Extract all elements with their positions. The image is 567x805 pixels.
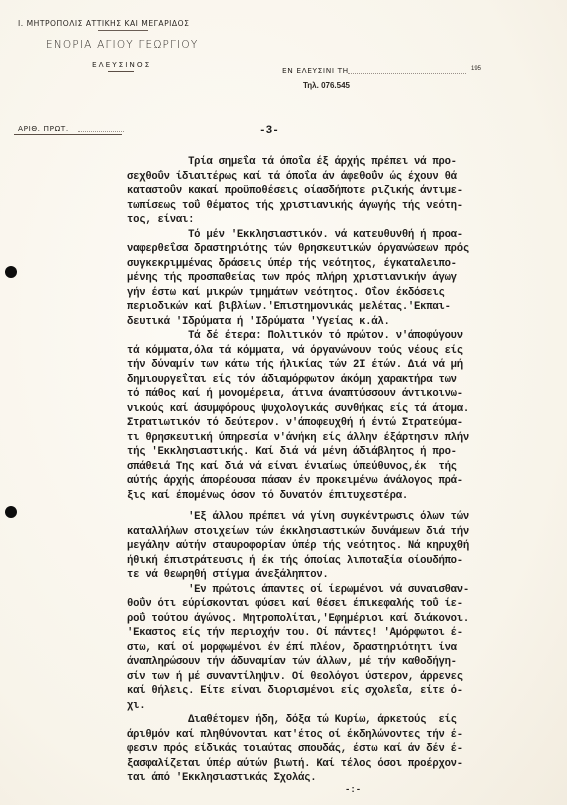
paragraph: Τρία σημεΐα τά όποΐα έξ άρχής πρέπει νά … xyxy=(127,155,557,228)
text-line: μένης τής προσπαθείας των πρός πλήρη χρι… xyxy=(127,271,557,286)
paragraph: Τό μέν 'Εκκλησιαστικόν. νά κατευθυνθή ή … xyxy=(127,228,557,330)
letterhead-town-rule xyxy=(108,71,134,72)
text-line: τε νά θεωρηθή στίγμα άνεξάληπτον. xyxy=(127,568,557,583)
text-line: Στρατιωτικόν τό δεύτερον. ν'άποφευχθή ή … xyxy=(127,416,557,431)
text-line: τής 'Εκκλησιαστικής. Καί διά νά μένη άδι… xyxy=(127,445,557,460)
text-line: αύτής άρχής άπορέουσα πάσαν έν προκειμέν… xyxy=(127,474,557,489)
paragraph: 'Εν πρώτοις άπαντες οί ίερωμένοι νά συνα… xyxy=(127,583,557,714)
text-line: φεσιν πρός είδικάς τοιαύτας σπουδάς, έστ… xyxy=(127,742,557,757)
paragraph-gap xyxy=(127,503,557,510)
letterhead-underline xyxy=(98,30,148,31)
letterhead-metropolis: Ι. ΜΗΤΡΟΠΟΛΙΣ ΑΤΤΙΚΗΣ ΚΑΙ ΜΕΓΑΡΙΔΟΣ xyxy=(18,19,189,28)
text-line: άναπληρώσουν τήν άδυναμίαν τών άλλων, μέ… xyxy=(127,655,557,670)
text-line: ξις καί έπομένως όσον τό δυνατόν έπιτυχε… xyxy=(127,489,557,504)
text-line: χι. xyxy=(127,699,557,714)
text-line: σπάθειά Της καί διά νά είναι ένιαίως ύπε… xyxy=(127,460,557,475)
text-line: γήν έστω καί μικρών τμημάτων νεότητος. Ο… xyxy=(127,286,557,301)
date-blank-line xyxy=(348,73,466,74)
paragraph: Διαθέτομεν ήδη, δόξα τώ Κυρίω, άρκετούς … xyxy=(127,713,557,786)
protocol-number-label: ΑΡΙΘ. ΠΡΩΤ. xyxy=(18,124,69,133)
text-line: θοΰν ότι εύρίσκονται φύσει καί θέσει έπι… xyxy=(127,597,557,612)
text-line: τά κόμματα,όλα τά κόμματα, νά όργανώνουν… xyxy=(127,344,557,359)
text-line: 'Εκαστος είς τήν περιοχήν του. Οί πάντες… xyxy=(127,626,557,641)
text-line: καταλλήλων στοιχείων τών έκκλησιαστικών … xyxy=(127,525,557,540)
text-line: 'Εν πρώτοις άπαντες οί ίερωμένοι νά συνα… xyxy=(127,583,557,598)
protocol-underline xyxy=(14,134,122,135)
text-line: ται άπό 'Εκκλησιαστικάς Σχολάς. xyxy=(127,771,557,786)
text-line: δημιουργεΐται είς τόν άδιαμόρφωτον άκόμη… xyxy=(127,373,557,388)
text-line: τι θρησκευτική ύπηρεσία ν'άνήκη είς άλλη… xyxy=(127,431,557,446)
text-line: τό πάθος καί ή μονομέρεια, άτινα άναπτύσ… xyxy=(127,387,557,402)
text-line: καταστοΰν κακαί προϋποθέσεις οίασδήποτε … xyxy=(127,184,557,199)
punch-hole-top xyxy=(5,266,17,278)
text-line: ναφερθεΐσα δραστηριότης τών θρησκευτικών… xyxy=(127,242,557,257)
footer-mark: -:- xyxy=(345,785,361,795)
document-page: Ι. ΜΗΤΡΟΠΟΛΙΣ ΑΤΤΙΚΗΣ ΚΑΙ ΜΕΓΑΡΙΔΟΣ ΕΝΟΡ… xyxy=(0,0,567,805)
text-line: ροΰ τούτου άγώνος. Μητροπολίται,'Εφημέρι… xyxy=(127,612,557,627)
text-line: σίν των ή μέ συναντίληψιν. Οί θεολόγοι ύ… xyxy=(127,670,557,685)
text-line: σεχθοΰν ίδιαιτέρως καί τά όποΐα άν άφεθο… xyxy=(127,170,557,185)
punch-hole-bottom xyxy=(5,506,17,518)
paragraph: 'Εξ άλλου πρέπει νά γίνη συγκέντρωσις όλ… xyxy=(127,503,557,583)
text-line: ήθική έπιστράτευσις ή έκ τής όποίας λιπο… xyxy=(127,554,557,569)
phone-number: Τηλ. 076.545 xyxy=(303,81,350,90)
text-line: Τό μέν 'Εκκλησιαστικόν. νά κατευθυνθή ή … xyxy=(127,228,557,243)
text-line: Τά δέ έτερα: Πολιτικόν τό πρώτον. ν'άποφ… xyxy=(127,329,557,344)
text-line: καί θήλεις. Είτε είναι διορισμένοι είς σ… xyxy=(127,684,557,699)
text-line: δευτικά 'Ιδρύματα ή 'Ιδρύματα 'Υγείας κ.… xyxy=(127,315,557,330)
text-line: στω, καί οί μορφωμένοι έν έπί πλέον, δρα… xyxy=(127,641,557,656)
letterhead-town: ΕΛΕΥΣΙΝΟΣ xyxy=(92,60,151,69)
text-line: Τρία σημεΐα τά όποΐα έξ άρχής πρέπει νά … xyxy=(127,155,557,170)
text-line: 'Εξ άλλου πρέπει νά γίνη συγκέντρωσις όλ… xyxy=(127,510,557,525)
text-line: άριθμόν καί πληθύνονται κατ'έτος οί έκδη… xyxy=(127,728,557,743)
text-line: μεγάλην αύτήν σταυροφορίαν ύπέρ τής νεότ… xyxy=(127,539,557,554)
letterhead-parish: ΕΝΟΡΙΑ ΑΓΙΟΥ ΓΕΩΡΓΙΟΥ xyxy=(46,39,199,51)
text-line: ξασφαλίζεται ύπέρ αύτών βιωτή. Καί τέλος… xyxy=(127,757,557,772)
place-date-label: ΕΝ ΕΛΕΥΣΙΝΙ ΤΗ xyxy=(282,66,349,75)
text-line: συγκεκριμμένας δράσεις ύπέρ τής νεότητος… xyxy=(127,257,557,272)
year-suffix: 195 xyxy=(471,66,481,72)
text-line: περιοδικών καί βιβλίων.'Επιστημονικάς με… xyxy=(127,300,557,315)
document-body: Τρία σημεΐα τά όποΐα έξ άρχής πρέπει νά … xyxy=(127,155,557,786)
text-line: νικούς καί άσυμφόρους ψυχολογικάς συνθήκ… xyxy=(127,402,557,417)
paragraph: Τά δέ έτερα: Πολιτικόν τό πρώτον. ν'άποφ… xyxy=(127,329,557,503)
text-line: Διαθέτομεν ήδη, δόξα τώ Κυρίω, άρκετούς … xyxy=(127,713,557,728)
protocol-blank-line xyxy=(78,131,124,132)
text-line: τήν δύναμίν των κάτω τής ήλικίας τών 2Ι … xyxy=(127,358,557,373)
text-line: τωπίσεως τοΰ θέματος τής χριστιανικής άγ… xyxy=(127,199,557,214)
text-line: τος, είναι: xyxy=(127,213,557,228)
page-number: -3- xyxy=(259,125,279,137)
